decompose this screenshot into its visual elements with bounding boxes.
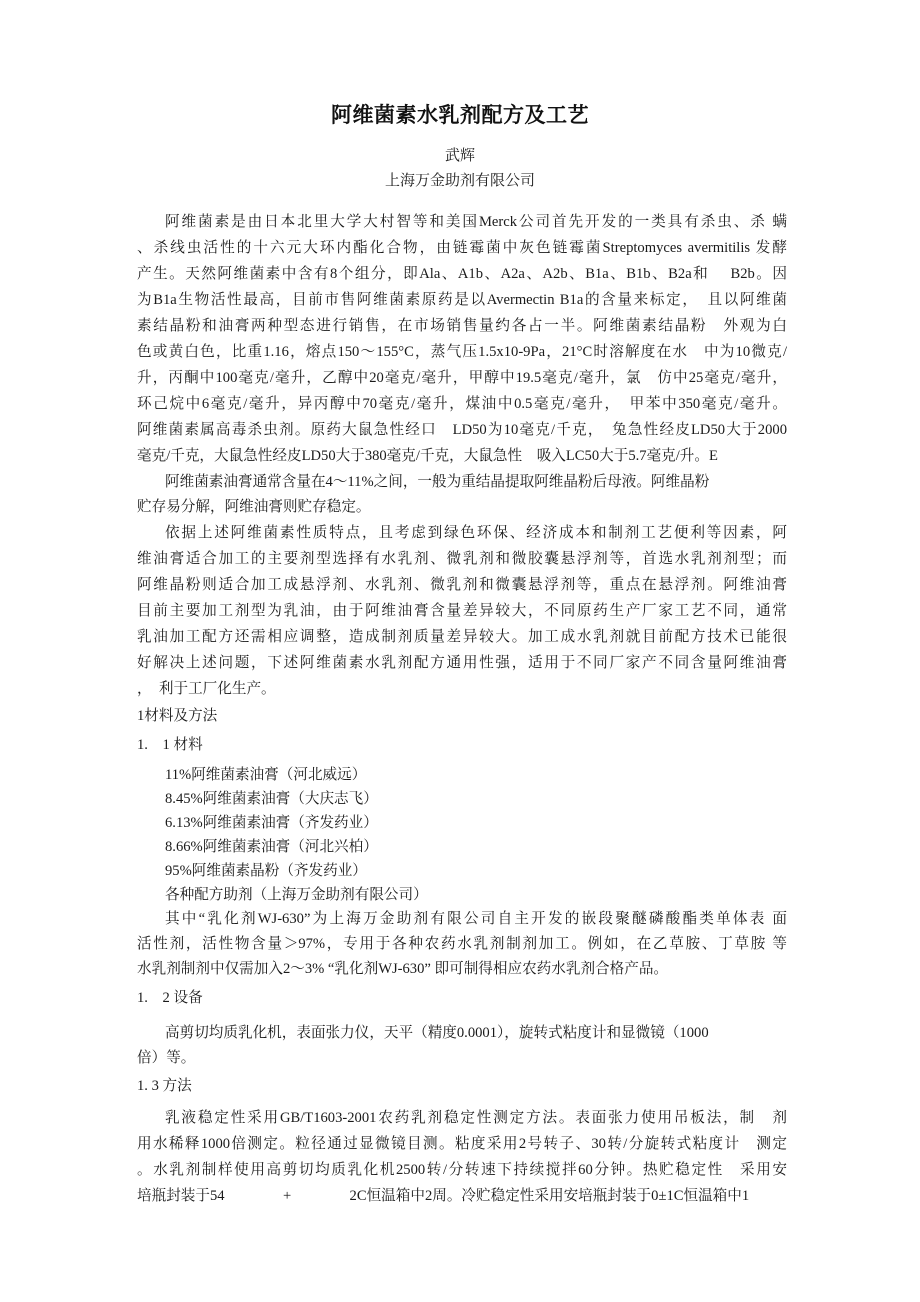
material-item: 各种配方助剂（上海万金助剂有限公司） <box>165 885 787 905</box>
material-item: 6.13%阿维菌素油膏（齐发药业） <box>165 813 787 833</box>
subsection-heading-materials: 1. 1 材料 <box>137 735 787 755</box>
material-item: 8.66%阿维菌素油膏（河北兴柏） <box>165 837 787 857</box>
paragraph-line: 水乳剂制剂中仅需加入2～3% “乳化剂WJ-630” 即可制得相应农药水乳剂合格… <box>137 959 787 979</box>
paragraph-line: 毫克/千克，大鼠急性经皮LD50大于380毫克/千克，大鼠急性 吸入LC50大于… <box>137 446 787 466</box>
paragraph-line: 好解决上述问题，下述阿维菌素水乳剂配方通用性强，适用于不同厂家产不同含量阿维油膏 <box>137 653 787 673</box>
paragraph-line: 阿维晶粉则适合加工成悬浮剂、水乳剂、微乳剂和微囊悬浮剂等，重点在悬浮剂。阿维油膏 <box>137 575 787 595</box>
document-page: 阿维菌素水乳剂配方及工艺 武辉 上海万金助剂有限公司 阿维菌素是由日本北里大学大… <box>0 0 920 1302</box>
section-heading: 1材料及方法 <box>137 706 787 726</box>
paragraph-line: 色或黄白色，比重1.16，熔点150～155°C，蒸气压1.5x10-9Pa，2… <box>137 342 787 362</box>
material-item: 8.45%阿维菌素油膏（大庆志飞） <box>165 789 787 809</box>
paragraph-line: 阿维菌素是由日本北里大学大村智等和美国Merck公司首先开发的一类具有杀虫、杀 … <box>165 212 787 232</box>
paragraph-line: ， 利于工厂化生产。 <box>137 679 787 699</box>
paragraph-line: 乳油加工配方还需相应调整，造成制剂质量差异较大。加工成水乳剂就目前配方技术已能很 <box>137 627 787 647</box>
material-item: 11%阿维菌素油膏（河北威远） <box>165 765 787 785</box>
author-affiliation: 上海万金助剂有限公司 <box>0 169 920 190</box>
paragraph-line: 产生。天然阿维菌素中含有8个组分，即Ala、A1b、A2a、A2b、B1a、B1… <box>137 264 787 284</box>
document-title: 阿维菌素水乳剂配方及工艺 <box>0 99 920 129</box>
paragraph-line: 阿维菌素属高毒杀虫剂。原药大鼠急性经口 LD50为10毫克/千克， 兔急性经皮L… <box>137 420 787 440</box>
paragraph-line: 、杀线虫活性的十六元大环内酯化合物，由链霉菌中灰色链霉菌Streptomyces… <box>137 238 787 258</box>
paragraph-line: 乳液稳定性采用GB/T1603-2001农药乳剂稳定性测定方法。表面张力使用吊板… <box>165 1108 787 1128</box>
paragraph-line: 其中“乳化剂WJ-630”为上海万金助剂有限公司自主开发的嵌段聚醚磷酸酯类单体表… <box>165 909 787 929</box>
paragraph-line: 培瓶封装于54 + 2C恒温箱中2周。冷贮稳定性采用安培瓶封装于0±1C恒温箱中… <box>137 1186 787 1206</box>
subsection-heading-methods: 1. 3 方法 <box>137 1076 787 1096</box>
paragraph-line: 目前主要加工剂型为乳油，由于阿维油膏含量差异较大，不同原药生产厂家工艺不同，通常 <box>137 601 787 621</box>
paragraph-line: 用水稀释1000倍测定。粒径通过显微镜目测。粘度采用2号转子、30转/分旋转式粘… <box>137 1134 787 1154</box>
paragraph-line: 依据上述阿维菌素性质特点，且考虑到绿色环保、经济成本和制剂工艺便利等因素，阿 <box>165 523 787 543</box>
paragraph-line: 高剪切均质乳化机，表面张力仪，天平（精度0.0001），旋转式粘度计和显微镜（1… <box>165 1023 787 1043</box>
author-name: 武辉 <box>0 144 920 165</box>
paragraph-line: 升，丙酮中100毫克/毫升，乙醇中20毫克/毫升，甲醇中19.5毫克/毫升，氯 … <box>137 368 787 388</box>
paragraph-line: 倍）等。 <box>137 1048 787 1068</box>
paragraph-line: 素结晶粉和油膏两种型态进行销售，在市场销售量约各占一半。阿维菌素结晶粉 外观为白 <box>137 316 787 336</box>
paragraph-line: 阿维菌素油膏通常含量在4～11%之间，一般为重结晶提取阿维晶粉后母液。阿维晶粉 <box>165 472 787 492</box>
material-item: 95%阿维菌素晶粉（齐发药业） <box>165 861 787 881</box>
paragraph-line: 为B1a生物活性最高，目前市售阿维菌素原药是以Avermectin B1a的含量… <box>137 290 787 310</box>
paragraph-line: 活性剂，活性物含量＞97%，专用于各种农药水乳剂制剂加工。例如，在乙草胺、丁草胺… <box>137 934 787 954</box>
paragraph-line: 环己烷中6毫克/毫升，异丙醇中70毫克/毫升，煤油中0.5毫克/毫升， 甲苯中3… <box>137 394 787 414</box>
paragraph-line: 贮存易分解，阿维油膏则贮存稳定。 <box>137 497 787 517</box>
paragraph-line: 。水乳剂制样使用高剪切均质乳化机2500转/分转速下持续搅拌60分钟。热贮稳定性… <box>137 1160 787 1180</box>
subsection-heading-equipment: 1. 2 设备 <box>137 988 787 1008</box>
paragraph-line: 维油膏适合加工的主要剂型选择有水乳剂、微乳剂和微胶囊悬浮剂等，首选水乳剂剂型；而 <box>137 549 787 569</box>
